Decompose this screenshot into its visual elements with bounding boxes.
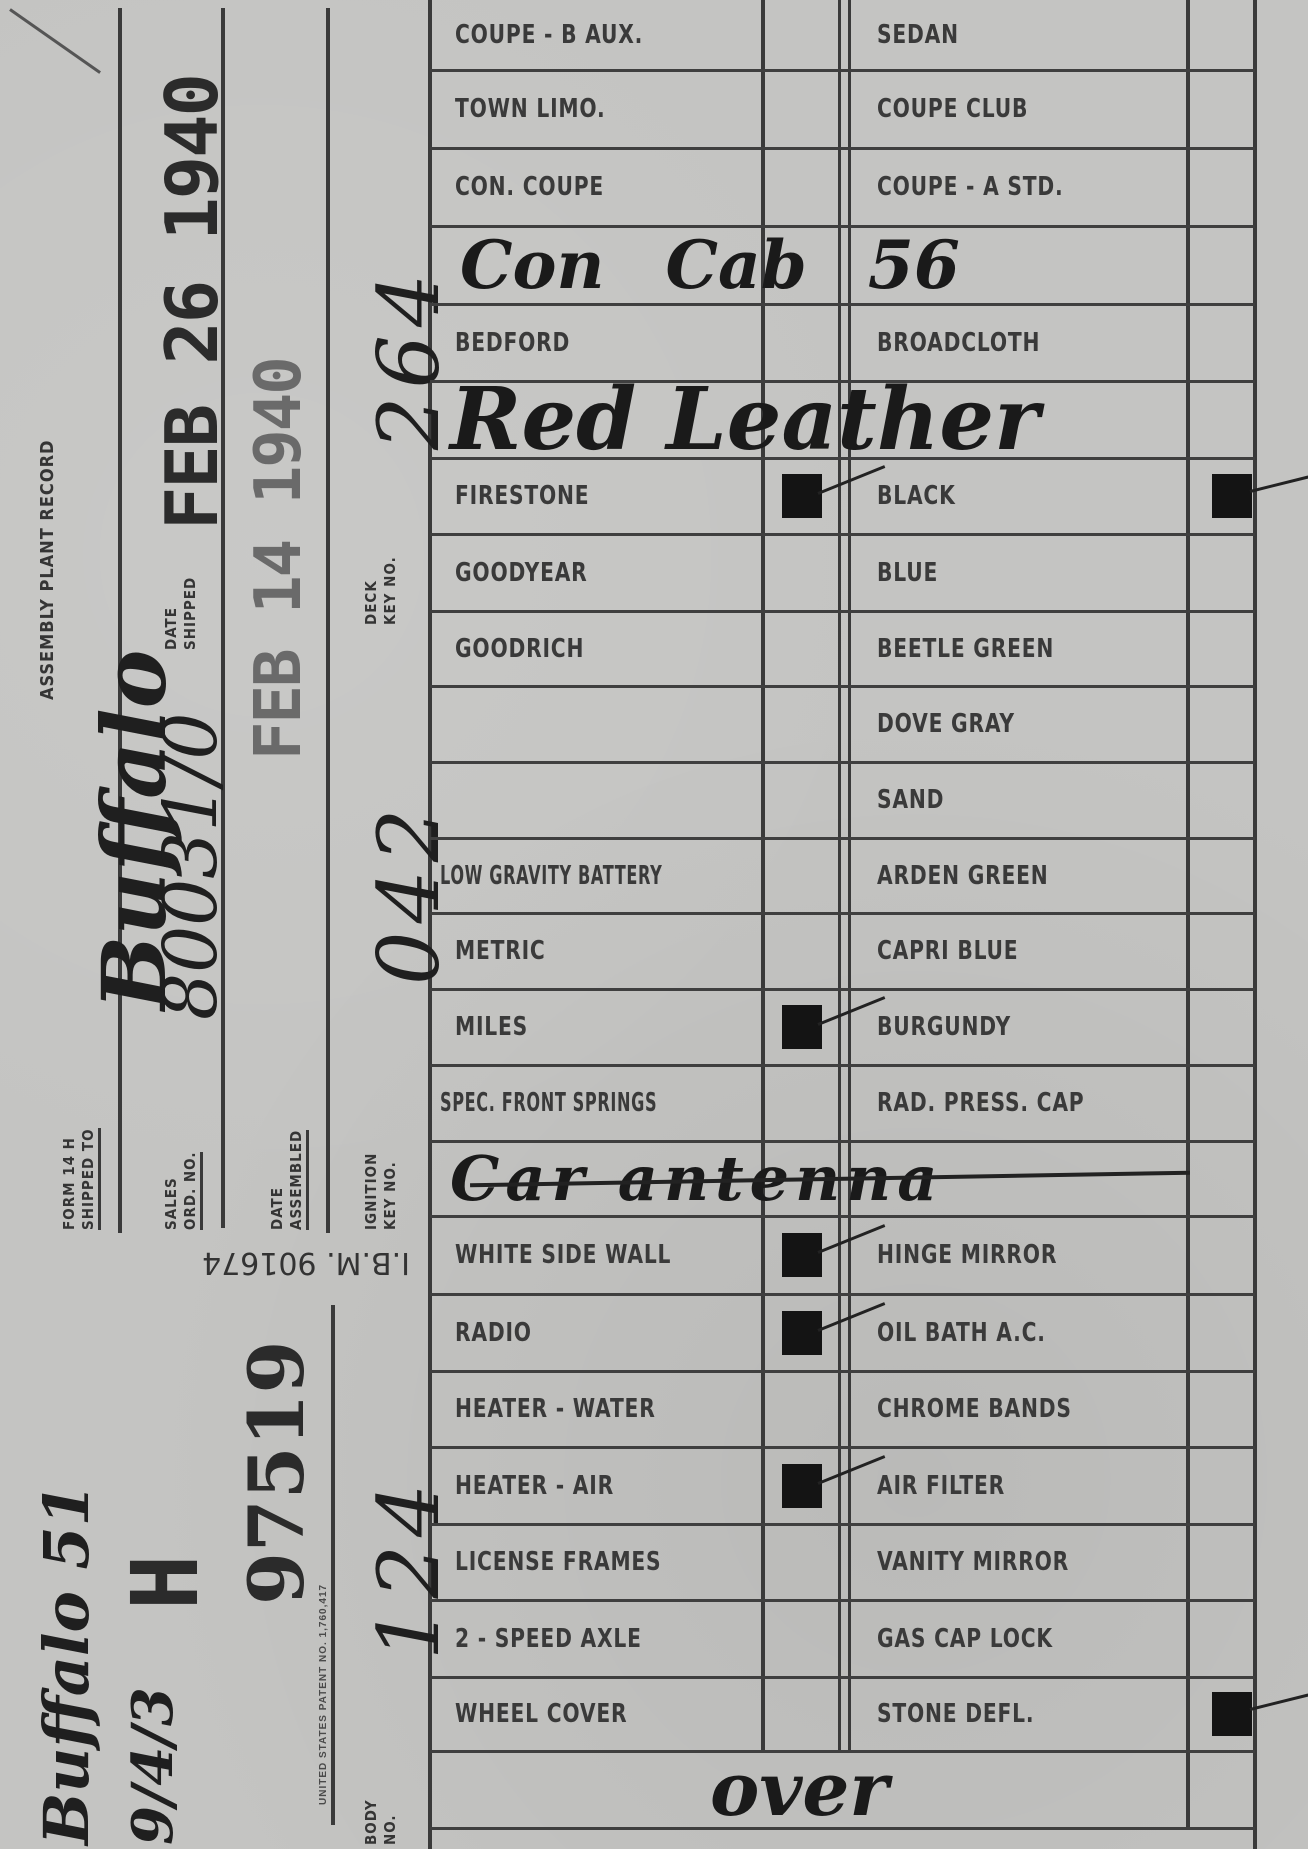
option-label-right: GAS CAP LOCK (877, 1600, 1053, 1677)
ignition-line1: IGNITION (362, 1153, 381, 1230)
option-label-right: ARDEN GREEN (877, 838, 1049, 913)
deck-line1: DECK (362, 556, 381, 625)
option-checkbox-right[interactable] (1190, 1600, 1252, 1677)
option-checkbox-left[interactable] (765, 913, 837, 989)
handwritten-entry: over (440, 1751, 888, 1828)
option-label-right: RAD. PRESS. CAP (877, 1065, 1084, 1141)
left-strip-rule-3 (326, 8, 330, 1233)
check-mark-icon (1212, 1692, 1252, 1736)
sales-ord-value: 80031/0 (148, 713, 234, 1020)
ignition-line2: KEY NO. (381, 1153, 400, 1230)
option-checkbox-right[interactable] (1190, 1524, 1252, 1600)
option-label-right: DOVE GRAY (877, 686, 1015, 762)
corner-note: Buffalo 51 (30, 1483, 103, 1845)
option-label-left: CON. COUPE (455, 148, 604, 226)
option-label-right: AIR FILTER (877, 1447, 1005, 1524)
option-label-right: CAPRI BLUE (877, 913, 1018, 989)
option-label-right: COUPE - A STD. (877, 148, 1064, 226)
option-checkbox-right[interactable] (1190, 1065, 1252, 1141)
date-shipped-label: DATE SHIPPED (162, 577, 200, 650)
date-assembled-label: DATE ASSEMBLED (268, 1130, 309, 1230)
option-checkbox-right[interactable] (1190, 762, 1252, 838)
option-checkbox-right[interactable] (1190, 148, 1252, 226)
option-label-right: OIL BATH A.C. (877, 1294, 1046, 1371)
option-label-right: BLACK (877, 458, 956, 534)
option-checkbox-right[interactable] (1190, 989, 1252, 1065)
option-checkbox-right[interactable] (1190, 913, 1252, 989)
assembly-plant-record-card: ASSEMBLY PLANT RECORD Buffalo 51 9/4/3 F… (0, 0, 1308, 1849)
ibm-number: I.B.M. 901674 (150, 1245, 410, 1280)
option-label-left: HEATER - WATER (455, 1371, 656, 1447)
option-checkbox-right[interactable] (1190, 534, 1252, 611)
serial-number: 97519 (232, 1341, 321, 1605)
body-no-value: 124 (360, 1476, 458, 1660)
body-line2: NO. (381, 1799, 400, 1845)
left-strip-rule-3b (331, 1305, 335, 1825)
record-title: ASSEMBLY PLANT RECORD (38, 439, 57, 700)
handwritten-entry: Red Leather (440, 381, 1039, 458)
option-label-right: HINGE MIRROR (877, 1216, 1057, 1294)
option-label-left: WHITE SIDE WALL (455, 1216, 671, 1294)
option-label-left: GOODRICH (455, 611, 584, 686)
date-assembled-line1: DATE (268, 1130, 287, 1230)
option-checkbox-left[interactable] (765, 1677, 837, 1751)
option-checkbox-right[interactable] (1190, 1371, 1252, 1447)
option-label-left: HEATER - AIR (455, 1447, 614, 1524)
option-checkbox-left[interactable] (765, 611, 837, 686)
body-no-label: BODY NO. (362, 1799, 400, 1845)
option-label-left: MILES (455, 989, 528, 1065)
option-label-left: COUPE - B AUX. (455, 0, 643, 70)
option-label-right: SEDAN (877, 0, 959, 70)
option-label-left: GOODYEAR (455, 534, 588, 611)
option-checkbox-left[interactable] (765, 534, 837, 611)
form-number-label: FORM 14 H (60, 1128, 79, 1230)
option-label-right: STONE DEFL. (877, 1677, 1034, 1751)
date-shipped-value: FEB 26 1940 (150, 75, 234, 530)
corner-date: 9/4/3 (120, 1687, 186, 1845)
date-assembled-line2: ASSEMBLED (287, 1130, 309, 1230)
option-checkbox-right[interactable] (1190, 838, 1252, 913)
option-checkbox-right[interactable] (1190, 686, 1252, 762)
series-letter: H (112, 1555, 219, 1610)
ignition-key-label: IGNITION KEY NO. (362, 1153, 400, 1230)
check-mark-icon (782, 1233, 822, 1277)
option-label-left: LICENSE FRAMES (455, 1524, 661, 1600)
option-label-right: CHROME BANDS (877, 1371, 1072, 1447)
option-checkbox-left[interactable] (765, 1371, 837, 1447)
handwritten-entry: Con Cab 56 (440, 226, 960, 304)
shipped-to-label: FORM 14 H SHIPPED TO (60, 1128, 101, 1230)
option-checkbox-right[interactable] (1190, 1447, 1252, 1524)
sales-label-line2: ORD. NO. (181, 1152, 203, 1230)
date-shipped-line2: SHIPPED (181, 577, 200, 650)
option-label-left: LOW GRAVITY BATTERY (440, 838, 662, 913)
option-checkbox-right[interactable] (1190, 1216, 1252, 1294)
option-checkbox-left[interactable] (765, 762, 837, 838)
option-label-left: RADIO (455, 1294, 532, 1371)
option-label-right: VANITY MIRROR (877, 1524, 1069, 1600)
option-checkbox-left[interactable] (765, 838, 837, 913)
sales-label-line1: SALES (162, 1152, 181, 1230)
pencil-mark (9, 8, 101, 74)
option-label-right: BEETLE GREEN (877, 611, 1054, 686)
body-line1: BODY (362, 1799, 381, 1845)
option-label-right: BURGUNDY (877, 989, 1011, 1065)
option-label-left: WHEEL COVER (455, 1677, 627, 1751)
shipped-to-text: SHIPPED TO (79, 1128, 101, 1230)
check-mark-icon (782, 1311, 822, 1355)
sales-ord-label: SALES ORD. NO. (162, 1152, 203, 1230)
option-checkbox-right[interactable] (1190, 611, 1252, 686)
option-label-left: METRIC (455, 913, 546, 989)
check-mark-icon (782, 474, 822, 518)
check-mark-icon (782, 1005, 822, 1049)
deck-line2: KEY NO. (381, 556, 400, 625)
option-checkbox-left[interactable] (765, 70, 837, 148)
option-label-left: FIRESTONE (455, 458, 589, 534)
date-shipped-line1: DATE (162, 577, 181, 650)
option-label-left: 2 - SPEED AXLE (455, 1600, 642, 1677)
patent-note: UNITED STATES PATENT NO. 1,760,417 (318, 1584, 329, 1805)
table-right-edge (1253, 0, 1257, 1849)
option-label-right: BLUE (877, 534, 938, 611)
option-checkbox-left[interactable] (765, 1065, 837, 1141)
option-checkbox-left[interactable] (765, 686, 837, 762)
option-label-left: TOWN LIMO. (455, 70, 605, 148)
deck-key-label: DECK KEY NO. (362, 556, 400, 625)
option-label-left: SPEC. FRONT SPRINGS (440, 1065, 657, 1141)
check-mark-icon (782, 1464, 822, 1508)
option-checkbox-right[interactable] (1190, 1294, 1252, 1371)
option-checkbox-right[interactable] (1190, 304, 1252, 381)
date-assembled-value: FEB 14 1940 (242, 358, 316, 760)
option-label-right: COUPE CLUB (877, 70, 1028, 148)
option-checkbox-left[interactable] (765, 1600, 837, 1677)
table-row-rule (430, 761, 1255, 764)
option-label-right: SAND (877, 762, 944, 838)
left-strip-rule-1 (118, 8, 122, 1233)
option-checkbox-left[interactable] (765, 1524, 837, 1600)
check-mark-icon (1212, 474, 1252, 518)
option-checkbox-left[interactable] (765, 148, 837, 226)
option-checkbox-right[interactable] (1190, 0, 1252, 70)
check-tick-stroke (1250, 1694, 1308, 1711)
option-checkbox-right[interactable] (1190, 70, 1252, 148)
option-checkbox-left[interactable] (765, 0, 837, 70)
check-tick-stroke (1250, 476, 1308, 493)
table-row-rule (430, 988, 1255, 991)
